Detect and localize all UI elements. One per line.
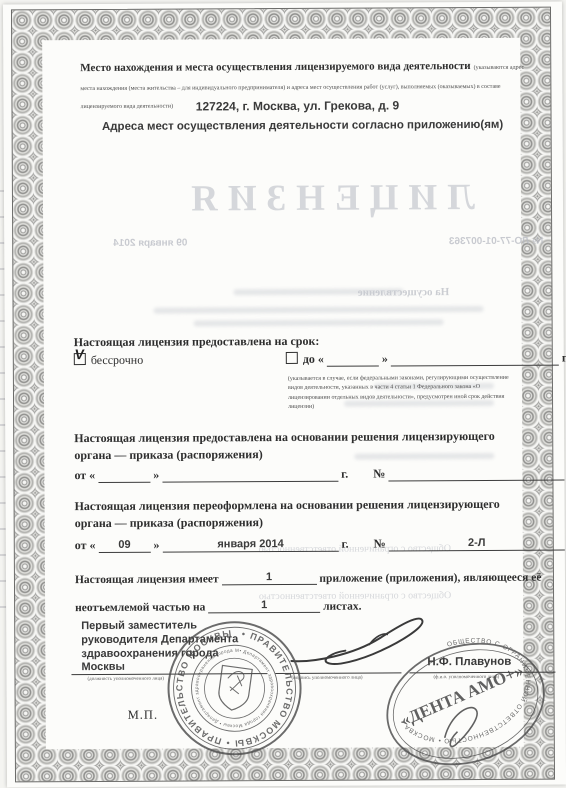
address-line: 127224, г. Москва, ул. Грекова, д. 9 xyxy=(72,98,522,114)
position-caption: (должность уполномоченного лица) xyxy=(87,677,164,682)
license-document-scan: Место нахождения и места осуществления л… xyxy=(0,0,566,788)
reissued-heading: Настоящая лицензия переоформлена на осно… xyxy=(75,496,527,533)
addresses-note-line: Адреса мест осуществления деятельности с… xyxy=(63,119,543,134)
attachments-line-1: Настоящая лицензия имеет 1 приложение (п… xyxy=(75,570,542,586)
granted-number-label: № xyxy=(373,466,385,480)
reissued-day: 09 xyxy=(99,539,151,553)
reissued-number: 2-Л xyxy=(389,537,565,552)
until-year-label: г. xyxy=(562,351,566,365)
attachments-part2: приложение (приложения), являющееся её xyxy=(319,572,541,585)
checkmark: V xyxy=(74,346,86,362)
until-quote-close: » xyxy=(382,351,388,365)
license-page: Место нахождения и места осуществления л… xyxy=(3,2,566,788)
page-sheet: Место нахождения и места осуществления л… xyxy=(42,38,524,749)
reissued-month: января 2014 xyxy=(163,538,339,553)
until-label: до « xyxy=(303,352,324,366)
attachments-count: 1 xyxy=(222,571,317,585)
granted-number xyxy=(388,467,564,482)
reissued-date-row: от « 09 » января 2014 г. № 2-Л xyxy=(75,536,565,554)
granted-year-label: г. xyxy=(341,467,348,481)
term-note: (указывается в случае, если федеральными… xyxy=(288,374,523,412)
reissued-number-label: № xyxy=(374,536,386,550)
bleed-title: ЛИЦЕНЗИЯ xyxy=(138,176,518,221)
perpetual-checkbox[interactable]: V xyxy=(74,353,86,365)
reissued-quote-close: » xyxy=(153,538,159,552)
government-round-stamp: • ПРАВИТЕЛЬСТВО МОСКВЫ • ПРАВИТЕЛЬСТВО М… xyxy=(155,608,315,768)
granted-quote-close: » xyxy=(153,468,159,482)
perpetual-option: Vбессрочно xyxy=(74,353,143,368)
stamp-place-label: М.П. xyxy=(128,708,158,723)
granted-date-row: от « » г. № xyxy=(74,466,564,484)
bleed-smudge xyxy=(154,306,484,314)
until-day-blank xyxy=(327,353,379,367)
reissued-from-label: от « xyxy=(75,538,96,552)
granted-heading: Настоящая лицензия предоставлена на осно… xyxy=(74,428,526,465)
granted-day xyxy=(98,469,150,483)
guilloche-border: Место нахождения и места осуществления л… xyxy=(12,8,554,782)
location-heading: Место нахождения и места осуществления л… xyxy=(80,60,470,74)
perpetual-label: бессрочно xyxy=(91,353,143,367)
reissued-year-label: г. xyxy=(341,537,348,551)
granted-from-label: от « xyxy=(74,468,95,482)
moscow-coat-of-arms-icon xyxy=(217,665,252,712)
bleed-smudge xyxy=(194,319,444,326)
attachments-part1: Настоящая лицензия имеет xyxy=(75,573,219,586)
until-option: до « » г. xyxy=(286,351,566,367)
term-heading: Настоящая лицензия предоставлена на срок… xyxy=(74,334,320,350)
until-month-blank xyxy=(391,352,559,367)
until-checkbox[interactable] xyxy=(286,352,298,364)
granted-month xyxy=(162,468,338,483)
bleed-number-row: № ЛО-77-01-007363 09 января 2014 xyxy=(113,236,543,249)
bleed-license-number: № ЛО-77-01-007363 xyxy=(449,236,543,247)
bleed-smudge xyxy=(233,288,403,295)
bleed-license-date: 09 января 2014 xyxy=(113,238,187,249)
